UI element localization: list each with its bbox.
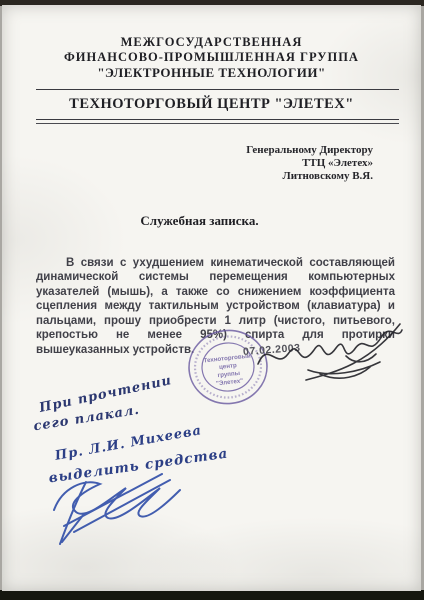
addressee-block: Генеральному Директору ТТЦ «Элетех» Литн…	[2, 144, 421, 183]
letterhead-divider-bottom	[36, 119, 399, 124]
addressee-line2: ТТЦ «Элетех»	[2, 157, 373, 170]
stamp-line4: "Элетех"	[216, 378, 244, 388]
memo-title: Служебная записка.	[0, 213, 409, 229]
scanned-memo-photo: МЕЖГОСУДАРСТВЕННАЯ ФИНАНСОВО-ПРОМЫШЛЕННА…	[0, 0, 424, 600]
org-name-line2: ФИНАНСОВО-ПРОМЫШЛЕННАЯ ГРУППА	[2, 50, 421, 65]
resolution-signature-icon	[40, 450, 200, 550]
addressee-line3: Литновскому В.Я.	[2, 170, 373, 183]
org-name-line3: "ЭЛЕКТРОННЫЕ ТЕХНОЛОГИИ"	[2, 65, 421, 80]
org-name-line1: МЕЖГОСУДАРСТВЕННАЯ	[2, 35, 421, 50]
letterhead: МЕЖГОСУДАРСТВЕННАЯ ФИНАНСОВО-ПРОМЫШЛЕННА…	[2, 35, 421, 80]
addressee-line1: Генеральному Директору	[2, 144, 373, 157]
letterhead-divider-top	[36, 89, 399, 90]
center-name: ТЕХНОТОРГОВЫЙ ЦЕНТР "ЭЛЕТЕХ"	[2, 96, 421, 113]
director-signature-icon	[250, 320, 406, 386]
